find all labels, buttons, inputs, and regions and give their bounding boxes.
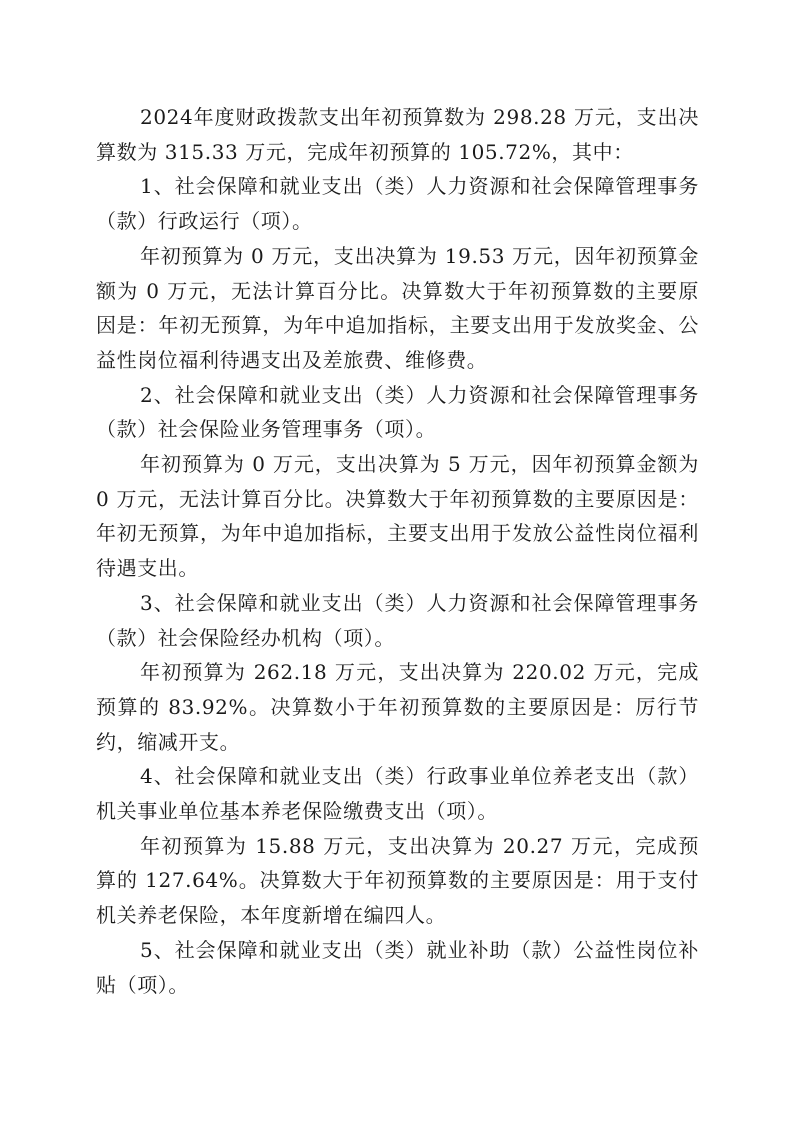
summary-paragraph: 2024年度财政拨款支出年初预算数为 298.28 万元，支出决算数为 315.…: [96, 100, 699, 169]
item-4-heading: 4、社会保障和就业支出（类）行政事业单位养老支出（款）机关事业单位基本养老保险缴…: [96, 759, 699, 828]
item-5-heading: 5、社会保障和就业支出（类）就业补助（款）公益性岗位补贴（项）。: [96, 933, 699, 1002]
item-3-body: 年初预算为 262.18 万元，支出决算为 220.02 万元，完成预算的 83…: [96, 655, 699, 759]
item-1-body: 年初预算为 0 万元，支出决算为 19.53 万元，因年初预算金额为 0 万元，…: [96, 239, 699, 378]
document-page: 2024年度财政拨款支出年初预算数为 298.28 万元，支出决算数为 315.…: [96, 100, 699, 1002]
item-4-body: 年初预算为 15.88 万元，支出决算为 20.27 万元，完成预算的 127.…: [96, 829, 699, 933]
item-2-heading: 2、社会保障和就业支出（类）人力资源和社会保障管理事务（款）社会保险业务管理事务…: [96, 378, 699, 447]
item-2-body: 年初预算为 0 万元，支出决算为 5 万元，因年初预算金额为 0 万元，无法计算…: [96, 447, 699, 586]
item-3-heading: 3、社会保障和就业支出（类）人力资源和社会保障管理事务（款）社会保险经办机构（项…: [96, 586, 699, 655]
item-1-heading: 1、社会保障和就业支出（类）人力资源和社会保障管理事务（款）行政运行（项）。: [96, 169, 699, 238]
